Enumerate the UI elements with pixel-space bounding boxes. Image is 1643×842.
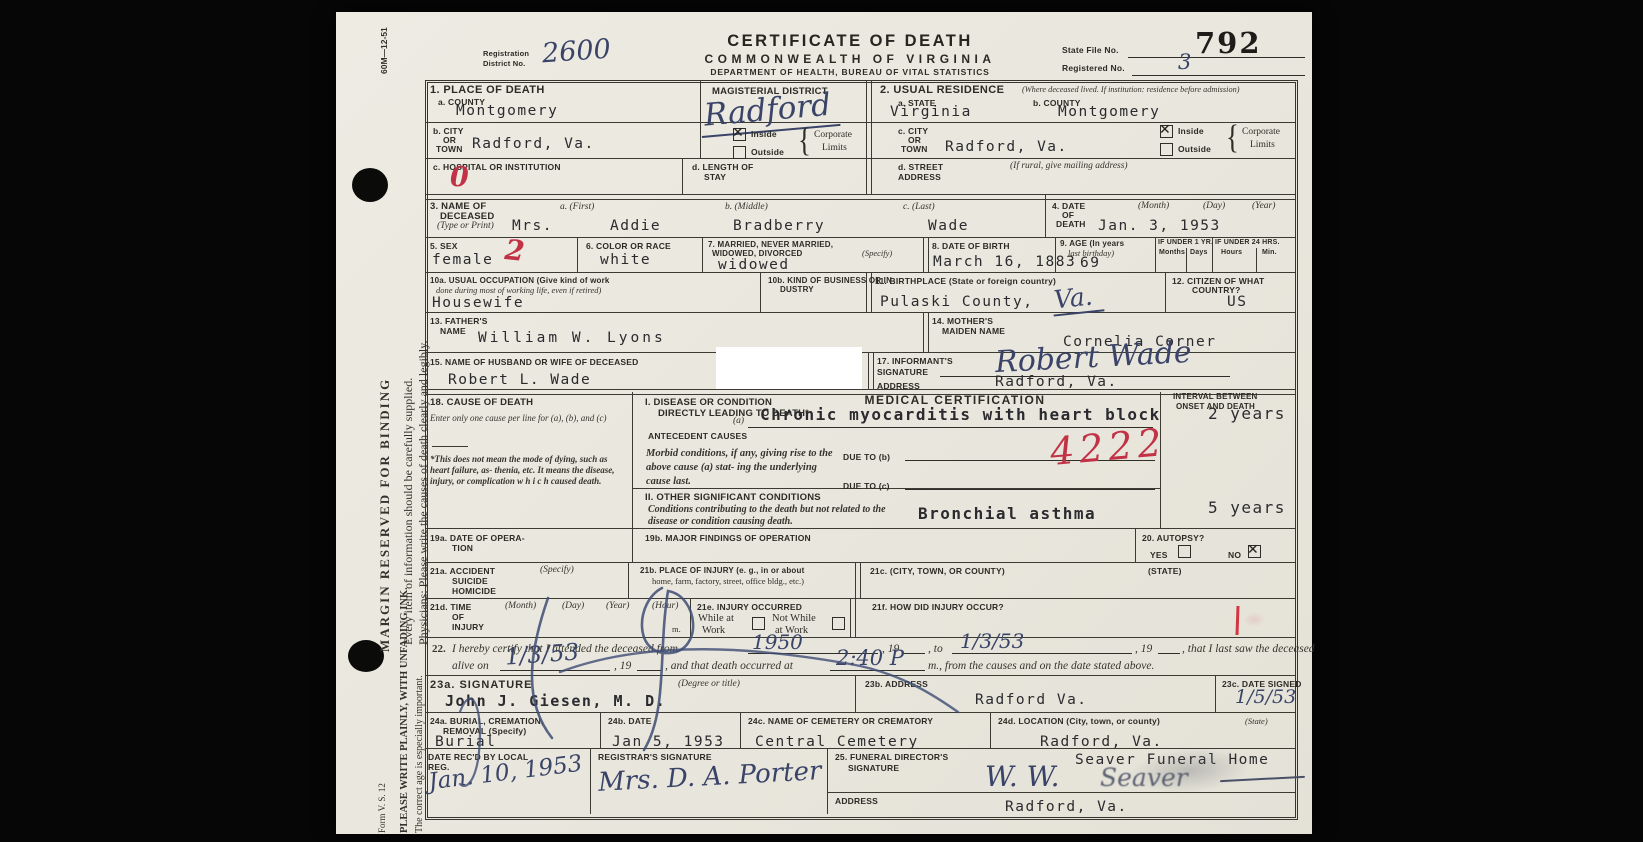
residence-brace: { [1226, 118, 1239, 157]
rule [425, 158, 1295, 159]
rule [990, 712, 991, 748]
antecedent-label: ANTECEDENT CAUSES [648, 431, 747, 441]
field24d-state-label: (State) [1245, 716, 1268, 726]
cert-text-4: , 19 [1135, 643, 1152, 655]
rule [866, 80, 872, 194]
punch-hole-top [352, 168, 388, 202]
commonwealth-subtitle: COMMONWEALTH OF VIRGINIA [650, 52, 1050, 66]
margin-write-plainly: PLEASE WRITE PLAINLY, WITH UNFADING INK. [399, 623, 410, 833]
field17-label2: SIGNATURE [877, 367, 928, 377]
spouse-name-value: Robert L. Wade [448, 372, 591, 388]
funeral-director-script: W. W. [985, 760, 1059, 793]
interval-a-value: 2 years [1208, 404, 1286, 423]
place-inside-label: Inside [751, 129, 777, 139]
field2d-label: d. STREET [898, 162, 943, 172]
rule [425, 237, 1295, 238]
birthplace-state-script: Va. [1051, 280, 1105, 316]
sex-red-mark: 2 [503, 233, 526, 268]
certificate-title: CERTIFICATE OF DEATH [650, 32, 1050, 51]
field19a-label: 19a. DATE OF OPERA- [430, 533, 525, 543]
rule [632, 528, 633, 562]
date-death-month-label: (Month) [1138, 201, 1169, 211]
field14-label2: MAIDEN NAME [942, 326, 1005, 336]
field24d-label: 24d. LOCATION (City, town, or county) [998, 716, 1160, 726]
middle-name-value: Bradberry [733, 218, 825, 234]
field10a-label2: done during most of working life, even i… [436, 285, 601, 295]
date-death-year-label: (Year) [1252, 201, 1275, 211]
name-prefix-value: Mrs. [512, 218, 553, 234]
rule [1158, 653, 1180, 654]
registered-no-label: Registered No. [1062, 63, 1125, 73]
age-value: 69 [1080, 255, 1100, 271]
rule [632, 392, 633, 528]
months-label: Months [1159, 249, 1185, 256]
marital-value: widowed [718, 257, 790, 273]
birthplace-value: Pulaski County, [880, 294, 1033, 310]
margin-correct-age: The correct age is especially important. [414, 628, 425, 833]
due-b-label: DUE TO (b) [843, 452, 890, 462]
field10b-label2: DUSTRY [780, 285, 814, 294]
physician-address-value: Radford Va. [975, 692, 1088, 708]
rule [923, 312, 929, 352]
sex-value: female [432, 252, 493, 268]
rule [702, 237, 703, 272]
rule [425, 312, 1295, 313]
redaction-box [716, 347, 862, 389]
rule [760, 272, 761, 312]
field2b-value: Montgomery [1058, 104, 1160, 120]
other-conditions-title: II. OTHER SIGNIFICANT CONDITIONS [645, 492, 821, 503]
place-corporate-label: Corporate [814, 130, 852, 140]
cert-text-5: , that I last saw the deceased [1182, 643, 1315, 655]
interval-label: INTERVAL BETWEEN [1173, 392, 1258, 401]
pen-flourish-overlay [430, 560, 990, 795]
field18-title: 18. CAUSE OF DEATH [430, 397, 533, 408]
field8-label: 8. DATE OF BIRTH [932, 241, 1010, 251]
place-outside-label: Outside [751, 147, 784, 157]
field7-label: 7. MARRIED, NEVER MARRIED, [708, 240, 833, 249]
min-label: Min. [1262, 249, 1277, 256]
checkbox-residence-outside[interactable] [1160, 143, 1173, 156]
informant-address-value: Radford, Va. [995, 374, 1118, 390]
checkbox-place-outside[interactable] [733, 146, 746, 159]
margin-binding-label: MARGIN RESERVED FOR BINDING [377, 384, 393, 652]
field2d-note: (If rural, give mailing address) [1010, 161, 1128, 171]
checkbox-place-inside[interactable] [733, 128, 746, 141]
field1b-label-town: TOWN [436, 144, 463, 154]
pink-smudge [1243, 612, 1265, 627]
autopsy-no-label: NO [1228, 550, 1241, 560]
field4-label-death: DEATH [1056, 219, 1086, 229]
rule [1256, 248, 1257, 272]
last-name-label: c. (Last) [903, 202, 935, 212]
checkbox-residence-inside[interactable] [1160, 125, 1173, 138]
field11-label: 11. BIRTHPLACE (State or foreign country… [875, 276, 1056, 286]
rule [1215, 675, 1216, 712]
rule [868, 352, 874, 389]
field6-label: 6. COLOR OR RACE [586, 241, 671, 251]
under-1yr-label: IF UNDER 1 YR. [1158, 239, 1213, 246]
rule [432, 446, 468, 447]
date-death-value: Jan. 3, 1953 [1098, 218, 1221, 234]
rule [682, 158, 683, 194]
middle-name-label: b. (Middle) [725, 202, 768, 212]
field19a-label2: TION [452, 543, 473, 553]
due-c-rule [905, 489, 1155, 490]
registered-no-value: 3 [1178, 50, 1191, 74]
rule [425, 528, 1295, 529]
rule [1165, 272, 1166, 312]
rule [1045, 194, 1046, 237]
residence-inside-label: Inside [1178, 126, 1204, 136]
disease-label: I. DISEASE OR CONDITION [645, 397, 772, 408]
cause-a-value: Chronic myocarditis with heart block [760, 405, 1161, 424]
residence-limits-label: Limits [1250, 140, 1275, 150]
field20-label: 20. AUTOPSY? [1142, 533, 1204, 543]
date-death-day-label: (Day) [1203, 201, 1225, 211]
last-name-value: Wade [928, 218, 969, 234]
registration-label: Registration [483, 49, 529, 58]
field19b-label: 19b. MAJOR FINDINGS OF OPERATION [645, 533, 811, 543]
rule [1135, 528, 1136, 562]
residence-corporate-label: Corporate [1242, 127, 1280, 137]
rule [577, 237, 578, 272]
field9-label: 9. AGE (In years [1060, 239, 1124, 248]
morbid-note: Morbid conditions, if any, giving rise t… [646, 447, 838, 489]
field2a-value: Virginia [890, 104, 972, 120]
first-name-label: a. (First) [560, 202, 594, 212]
rule [1186, 248, 1187, 272]
scanned-death-certificate: 60M—12-51 Every item of information shou… [0, 0, 1643, 842]
date-signed-value: 1/5/53 [1235, 686, 1296, 708]
margin-form-number: Form V. S. 12 [377, 761, 387, 833]
field1b-value: Radford, Va. [472, 136, 595, 152]
district-no-label: District No. [483, 59, 525, 68]
field2d-label2: ADDRESS [898, 172, 941, 182]
hours-label: Hours [1221, 249, 1242, 256]
race-value: white [600, 252, 651, 268]
field10a-label: 10a. USUAL OCCUPATION (Give kind of work [430, 276, 610, 285]
field2c-label-town: TOWN [901, 144, 928, 154]
field25-address-label: ADDRESS [835, 796, 878, 806]
margin-form-code: 60M—12-51 [379, 28, 389, 74]
place-limits-label: Limits [822, 143, 847, 153]
district-no-value: 2600 [541, 34, 612, 70]
hospital-red-mark: 0 [450, 162, 469, 193]
registered-no-rule [1132, 75, 1305, 76]
first-name-value: Addie [610, 218, 661, 234]
place-brace: { [798, 121, 811, 160]
field18-note1: Enter only one cause per line for (a), (… [430, 413, 610, 424]
field21c-state-label: (STATE) [1148, 566, 1182, 576]
field2-title-note: (Where deceased lived. If institution: r… [1022, 85, 1294, 94]
field3-title3: (Type or Print) [437, 221, 494, 231]
field18-note2: *This does not mean the mode of dying, s… [430, 454, 620, 487]
rule [923, 237, 929, 272]
interval-other-value: 5 years [1208, 498, 1286, 517]
field13-label: 13. FATHER'S [430, 316, 488, 326]
field1a-value: Montgomery [456, 103, 558, 119]
field1d-label2: STAY [704, 172, 726, 182]
margin-note-supplied: Every item of information should be care… [401, 33, 416, 645]
birth-date-value: March 16, 1883 [933, 254, 1076, 270]
days-label: Days [1190, 249, 1208, 256]
field7-specify: (Specify) [862, 248, 892, 258]
checkbox-autopsy-yes[interactable] [1178, 545, 1191, 558]
funeral-home-address-value: Radford, Va. [1005, 799, 1128, 815]
field1d-label: d. LENGTH OF [692, 162, 753, 172]
other-conditions-note: Conditions contributing to the death but… [648, 504, 906, 528]
autopsy-yes-label: YES [1150, 550, 1168, 560]
cause-a-tag: (a) [733, 416, 744, 426]
field1-title: 1. PLACE OF DEATH [430, 84, 545, 96]
father-name-value: William W. Lyons [478, 330, 666, 346]
other-conditions-value: Bronchial asthma [918, 504, 1096, 523]
due-c-label: DUE TO (c) [843, 481, 890, 491]
occupation-value: Housewife [432, 295, 524, 311]
field15-label: 15. NAME OF HUSBAND OR WIFE OF DECEASED [430, 357, 639, 367]
residence-outside-label: Outside [1178, 144, 1211, 154]
field17-address-label: ADDRESS [877, 381, 920, 391]
field2-title: 2. USUAL RESIDENCE [880, 84, 1004, 96]
rule [1155, 237, 1156, 272]
state-file-value-stamp: 792 [1195, 26, 1262, 60]
rule [425, 194, 1295, 200]
field14-label: 14. MOTHER'S [932, 316, 993, 326]
field13-label2: NAME [440, 326, 466, 336]
citizen-value: US [1227, 294, 1247, 310]
field17-label: 17. INFORMANT'S [877, 356, 953, 366]
funeral-director-script2: Seaver [1100, 763, 1188, 792]
department-line: DEPARTMENT OF HEALTH, BUREAU OF VITAL ST… [650, 67, 1050, 77]
state-file-label: State File No. [1062, 45, 1119, 55]
under-24hrs-label: IF UNDER 24 HRS. [1215, 239, 1280, 246]
field5-label: 5. SEX [430, 241, 458, 251]
burial-location-value: Radford, Va. [1040, 734, 1163, 750]
checkbox-autopsy-no[interactable] [1248, 545, 1261, 558]
field2c-value: Radford, Va. [945, 139, 1068, 155]
